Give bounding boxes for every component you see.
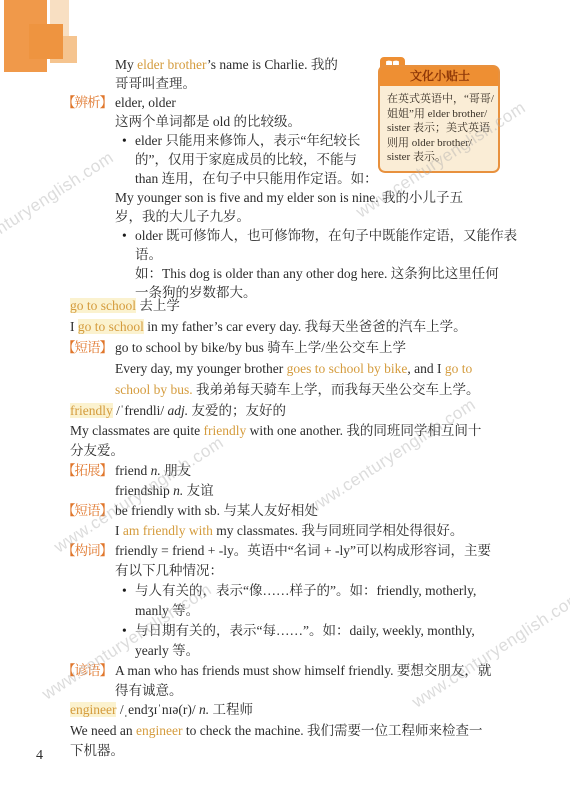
text-segment: be friendly with sb. 与某人友好相处 bbox=[115, 503, 318, 518]
text-segment: n. bbox=[173, 483, 183, 498]
text-line: •older 既可修饰人，也可修饰物，在句子中既能作定语，又能作表语。 bbox=[62, 226, 522, 264]
text-segment: 朋友 bbox=[161, 463, 191, 478]
text-line: 【短语】go to school by bike/by bus 骑车上学/坐公交… bbox=[62, 337, 522, 358]
text-segment: 友谊 bbox=[183, 483, 213, 498]
keyword: friendly bbox=[70, 403, 113, 418]
text-segment: than 连用，在句子中只能用作定语。如： bbox=[135, 171, 378, 186]
text-line: 如：This dog is older than any other dog h… bbox=[62, 264, 522, 283]
text-segment: 与日期有关的，表示“每……”。如：daily, weekly, monthly, bbox=[135, 623, 475, 638]
tip-title: 文化小贴士 bbox=[378, 65, 500, 86]
text-line: manly 等。 bbox=[62, 601, 522, 621]
text-segment: friendship bbox=[115, 483, 173, 498]
text-segment: My classmates are quite bbox=[70, 423, 203, 438]
text-segment: with one another. 我的同班同学相互间十 bbox=[246, 423, 481, 438]
text-segment: /ˈfrendli/ bbox=[113, 403, 168, 418]
text-line: 分友爱。 bbox=[62, 441, 522, 461]
text-segment: in my father’s car every day. 我每天坐爸爸的汽车上… bbox=[144, 319, 467, 334]
section-label: 【拓展】 bbox=[62, 461, 112, 481]
tip-line: sister 表示。 bbox=[387, 150, 493, 165]
text-line: school by bus. 我弟弟每天骑车上学，而我每天坐公交车上学。 bbox=[62, 379, 522, 400]
text-line: •与日期有关的，表示“每……”。如：daily, weekly, monthly… bbox=[62, 621, 522, 641]
text-segment: manly 等。 bbox=[135, 603, 199, 618]
bullet-marker: • bbox=[122, 581, 127, 601]
keyword: goes to school by bike bbox=[287, 361, 408, 376]
text-line: We need an engineer to check the machine… bbox=[62, 721, 522, 742]
text-segment: my classmates. 我与同班同学相处得很好。 bbox=[213, 523, 463, 538]
text-segment: We need an bbox=[70, 723, 136, 738]
text-line: 得有诚意。 bbox=[62, 681, 522, 701]
keyword: am friendly with bbox=[123, 523, 213, 538]
text-line: 【谚语】A man who has friends must show hims… bbox=[62, 661, 522, 681]
text-line: I am friendly with my classmates. 我与同班同学… bbox=[62, 521, 522, 541]
text-segment: 得有诚意。 bbox=[115, 683, 183, 698]
keyword: go to school bbox=[70, 298, 136, 313]
text-line: go to school 去上学 bbox=[62, 295, 522, 316]
bullet-marker: • bbox=[122, 131, 127, 150]
text-segment: 这两个单词都是 old 的比较级。 bbox=[115, 114, 301, 129]
keyword: engineer bbox=[136, 723, 182, 738]
text-line: 【短语】be friendly with sb. 与某人友好相处 bbox=[62, 501, 522, 521]
text-segment: 分友爱。 bbox=[70, 443, 124, 458]
text-segment: I bbox=[115, 523, 123, 538]
text-line: My younger son is five and my elder son … bbox=[62, 188, 522, 207]
text-segment: to check the machine. 我们需要一位工程师来检查一 bbox=[183, 723, 483, 738]
text-segment: 工程师 bbox=[209, 702, 253, 717]
text-segment: n. bbox=[151, 463, 161, 478]
section-label: 【辨析】 bbox=[62, 93, 112, 112]
section-label: 【短语】 bbox=[62, 337, 112, 358]
tip-line: 姐姐”用 elder brother/ bbox=[387, 107, 493, 122]
text-segment: 友爱的；友好的 bbox=[188, 403, 286, 418]
text-line: •与人有关的，表示“像……样子的”。如：friendly, motherly, bbox=[62, 581, 522, 601]
text-line: 有以下几种情况： bbox=[62, 561, 522, 581]
text-segment: elder, older bbox=[115, 95, 176, 110]
tip-body: 在英式英语中，“哥哥/ 姐姐”用 elder brother/ sister 表… bbox=[378, 86, 500, 173]
bullet-marker: • bbox=[122, 226, 127, 245]
textbook-page: 文化小贴士 在英式英语中，“哥哥/ 姐姐”用 elder brother/ si… bbox=[0, 0, 570, 800]
text-segment: A man who has friends must show himself … bbox=[115, 663, 491, 678]
text-segment: 我弟弟每天骑车上学，而我每天坐公交车上学。 bbox=[193, 382, 480, 397]
text-segment: My younger son is five and my elder son … bbox=[115, 190, 463, 205]
text-line: 下机器。 bbox=[62, 741, 522, 762]
keyword: go to bbox=[445, 361, 472, 376]
text-segment: /ˌendʒɪˈnɪə(r)/ bbox=[116, 702, 198, 717]
keyword: engineer bbox=[70, 702, 116, 717]
text-segment: 下机器。 bbox=[70, 743, 124, 758]
text-segment: I bbox=[70, 319, 78, 334]
text-line: 【拓展】friend n. 朋友 bbox=[62, 461, 522, 481]
entry-block-engineer: engineer /ˌendʒɪˈnɪə(r)/ n. 工程师We need a… bbox=[62, 700, 522, 762]
text-segment: My bbox=[115, 57, 137, 72]
text-line: Every day, my younger brother goes to sc… bbox=[62, 358, 522, 379]
section-label: 【短语】 bbox=[62, 501, 112, 521]
decor-square-medium bbox=[29, 24, 63, 59]
text-segment: adj. bbox=[167, 403, 188, 418]
text-line: friendly /ˈfrendli/ adj. 友爱的；友好的 bbox=[62, 401, 522, 421]
tip-line: 在英式英语中，“哥哥/ bbox=[387, 92, 493, 107]
text-segment: n. bbox=[199, 702, 209, 717]
text-segment: elder 只能用来修饰人，表示“年纪较长 bbox=[135, 133, 360, 148]
tip-line: 则用 older brother/ bbox=[387, 136, 493, 151]
text-segment: Every day, my younger brother bbox=[115, 361, 287, 376]
text-line: 【构词】friendly = friend + -ly。英语中“名词 + -ly… bbox=[62, 541, 522, 561]
text-segment: friendly = friend + -ly。英语中“名词 + -ly”可以构… bbox=[115, 543, 491, 558]
section-label: 【构词】 bbox=[62, 541, 112, 561]
text-line: yearly 等。 bbox=[62, 641, 522, 661]
tip-line: sister 表示；美式英语 bbox=[387, 121, 493, 136]
text-segment: 哥哥叫查理。 bbox=[115, 76, 196, 91]
text-line: friendship n. 友谊 bbox=[62, 481, 522, 501]
text-line: 岁，我的大儿子九岁。 bbox=[62, 207, 522, 226]
text-segment: ’s name is Charlie. 我的 bbox=[207, 57, 338, 72]
text-segment: 与人有关的，表示“像……样子的”。如：friendly, motherly, bbox=[135, 583, 476, 598]
entry-block-friendly: friendly /ˈfrendli/ adj. 友爱的；友好的My class… bbox=[62, 401, 522, 701]
text-segment: friend bbox=[115, 463, 151, 478]
keyword: friendly bbox=[203, 423, 246, 438]
entry-block-go-to-school: go to school 去上学I go to school in my fat… bbox=[62, 295, 522, 400]
culture-tip-box: 文化小贴士 在英式英语中，“哥哥/ 姐姐”用 elder brother/ si… bbox=[378, 57, 500, 173]
text-line: I go to school in my father’s car every … bbox=[62, 316, 522, 337]
keyword: go to school bbox=[78, 319, 144, 334]
text-segment: 如：This dog is older than any other dog h… bbox=[135, 266, 499, 281]
text-line: engineer /ˌendʒɪˈnɪə(r)/ n. 工程师 bbox=[62, 700, 522, 721]
text-segment: 有以下几种情况： bbox=[115, 563, 223, 578]
text-segment: , and I bbox=[407, 361, 445, 376]
text-segment: older 既可修饰人，也可修饰物，在句子中既能作定语，又能作表语。 bbox=[135, 228, 517, 262]
text-line: My classmates are quite friendly with on… bbox=[62, 421, 522, 441]
page-number: 4 bbox=[36, 748, 43, 764]
text-segment: 去上学 bbox=[136, 298, 180, 313]
bullet-marker: • bbox=[122, 621, 127, 641]
text-segment: go to school by bike/by bus 骑车上学/坐公交车上学 bbox=[115, 340, 406, 355]
text-segment: 的”，仅用于家庭成员的比较，不能与 bbox=[135, 152, 357, 167]
text-segment: yearly 等。 bbox=[135, 643, 199, 658]
section-label: 【谚语】 bbox=[62, 661, 112, 681]
keyword: school by bus. bbox=[115, 382, 193, 397]
text-segment: 岁，我的大儿子九岁。 bbox=[115, 209, 250, 224]
keyword: elder brother bbox=[137, 57, 207, 72]
